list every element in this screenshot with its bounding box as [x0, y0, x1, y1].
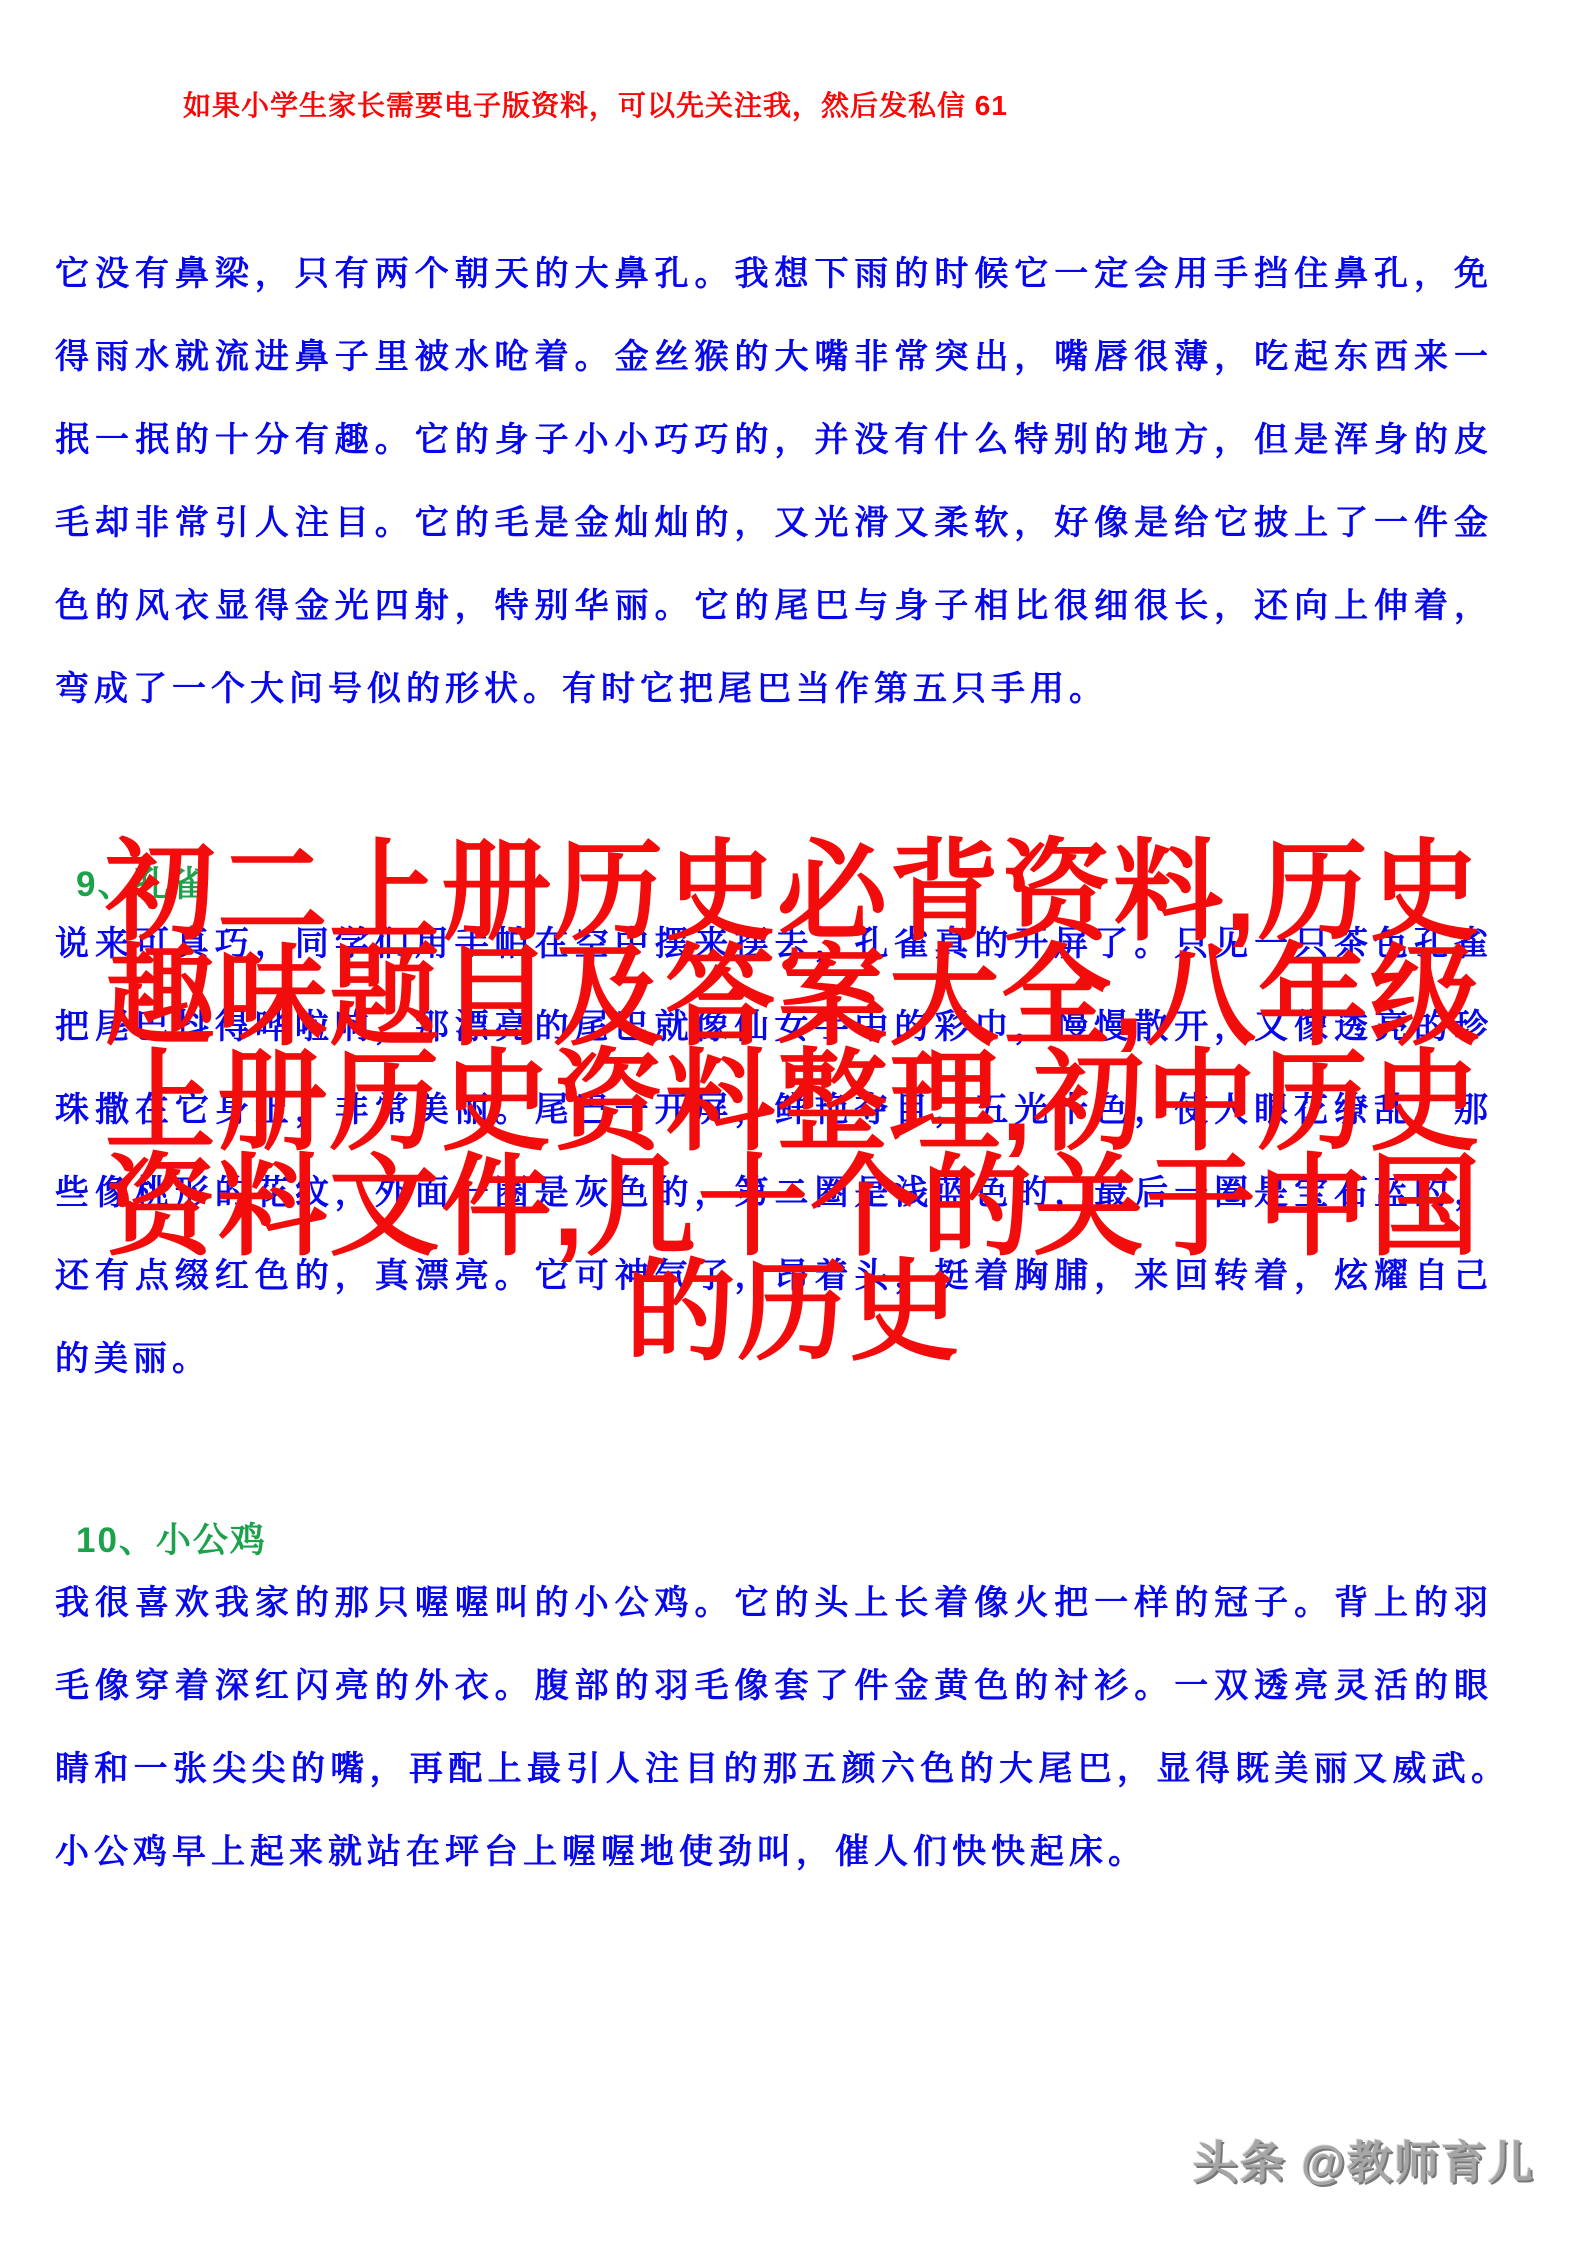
- document-page: 如果小学生家长需要电子版资料，可以先关注我，然后发私信 61 它没有鼻梁，只有两…: [0, 0, 1587, 2245]
- paragraph-golden-monkey: 它没有鼻梁，只有两个朝天的大鼻孔。我想下雨的时候它一定会用手挡住鼻孔，免得雨水就…: [55, 233, 1493, 731]
- paragraph-rooster: 我很喜欢我家的那只喔喔叫的小公鸡。它的头上长着像火把一样的冠子。背上的羽毛像穿着…: [55, 1562, 1493, 1894]
- section-heading-peacock: 9、孔雀: [76, 857, 208, 907]
- paragraph-peacock: 说来可真巧，同学们用手帕在空中摆来摆去，孔雀真的开屏了。只见一只茶色孔雀把尾巴抖…: [55, 903, 1493, 1401]
- toutiao-credit: 头条 @教师育儿: [1193, 2126, 1535, 2191]
- header-notice: 如果小学生家长需要电子版资料，可以先关注我，然后发私信 61: [183, 84, 1008, 124]
- section-heading-rooster: 10、小公鸡: [76, 1513, 267, 1563]
